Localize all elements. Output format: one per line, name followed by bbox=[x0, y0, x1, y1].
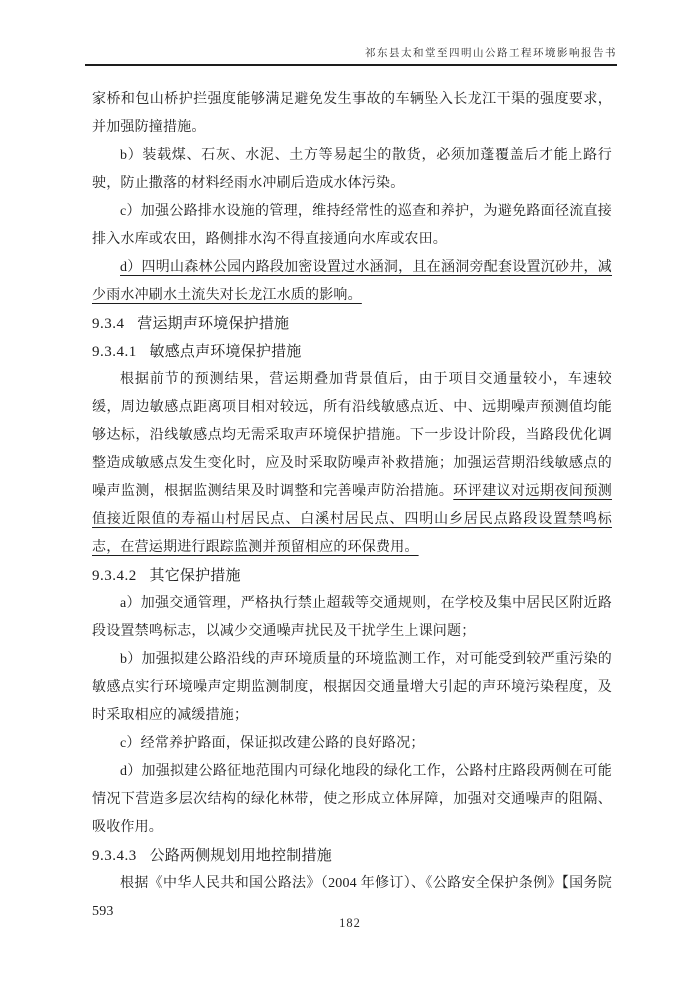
running-head-title: 祁东县太和堂至四明山公路工程环境影响报告书 bbox=[85, 0, 617, 60]
paragraph: d）四明山森林公园内路段加密设置过水涵洞，且在涵洞旁配套设置沉砂井，减少雨水冲刷… bbox=[92, 254, 612, 310]
text-segment: 根据《中华人民共和国公路法》（2004 年修订）、《公路安全保护条例》【国务院 … bbox=[92, 876, 612, 919]
paragraph: b）加强拟建公路沿线的声环境质量的环境监测工作，对可能受到较严重污染的敏感点实行… bbox=[92, 646, 612, 730]
page-footer: 182 bbox=[0, 914, 700, 932]
section-heading: 9.3.4营运期声环境保护措施 bbox=[92, 310, 612, 338]
section-number: 9.3.4 bbox=[92, 316, 125, 332]
text-segment: a）加强交通管理，严格执行禁止超载等交通规则，在学校及集中居民区附近路段设置禁鸣… bbox=[92, 596, 612, 639]
paragraph: a）加强交通管理，严格执行禁止超载等交通规则，在学校及集中居民区附近路段设置禁鸣… bbox=[92, 590, 612, 646]
section-title: 营运期声环境保护措施 bbox=[137, 316, 289, 332]
section-title: 敏感点声环境保护措施 bbox=[150, 344, 302, 360]
section-heading: 9.3.4.1敏感点声环境保护措施 bbox=[92, 338, 612, 366]
text-segment: c）加强公路排水设施的管理，维持经常性的巡查和养护，为避免路面径流直接排入水库或… bbox=[92, 204, 612, 247]
header-rule bbox=[85, 64, 617, 66]
section-title: 公路两侧规划用地控制措施 bbox=[150, 848, 332, 864]
paragraph: c）经常养护路面，保证拟改建公路的良好路况； bbox=[92, 730, 612, 758]
text-segment: c）经常养护路面，保证拟改建公路的良好路况； bbox=[120, 736, 425, 751]
paragraph: b）装载煤、石灰、水泥、土方等易起尘的散货，必须加蓬覆盖后才能上路行驶，防止撒落… bbox=[92, 142, 612, 198]
section-heading: 9.3.4.3公路两侧规划用地控制措施 bbox=[92, 842, 612, 870]
section-heading: 9.3.4.2其它保护措施 bbox=[92, 562, 612, 590]
paragraph: d）加强拟建公路征地范围内可绿化地段的绿化工作，公路村庄路段两侧在可能情况下营造… bbox=[92, 758, 612, 842]
paragraph: c）加强公路排水设施的管理，维持经常性的巡查和养护，为避免路面径流直接排入水库或… bbox=[92, 198, 612, 254]
text-segment: 根据前节的预测结果，营运期叠加背景值后，由于项目交通量较小，车速较缓，周边敏感点… bbox=[92, 372, 612, 499]
paragraph: 家桥和包山桥护拦强度能够满足避免发生事故的车辆坠入长龙江干渠的强度要求，并加强防… bbox=[92, 86, 612, 142]
section-number: 9.3.4.1 bbox=[92, 344, 137, 360]
page-number: 182 bbox=[339, 916, 361, 930]
document-body: 家桥和包山桥护拦强度能够满足避免发生事故的车辆坠入长龙江干渠的强度要求，并加强防… bbox=[92, 86, 612, 926]
page-header: 祁东县太和堂至四明山公路工程环境影响报告书 bbox=[85, 0, 617, 66]
underlined-text: d）四明山森林公园内路段加密设置过水涵洞，且在涵洞旁配套设置沉砂井，减少雨水冲刷… bbox=[92, 260, 612, 303]
text-segment: b）装载煤、石灰、水泥、土方等易起尘的散货，必须加蓬覆盖后才能上路行驶，防止撒落… bbox=[92, 148, 612, 191]
text-segment: 家桥和包山桥护拦强度能够满足避免发生事故的车辆坠入长龙江干渠的强度要求，并加强防… bbox=[92, 92, 612, 135]
section-number: 9.3.4.2 bbox=[92, 568, 137, 584]
section-title: 其它保护措施 bbox=[150, 568, 241, 584]
paragraph: 根据前节的预测结果，营运期叠加背景值后，由于项目交通量较小，车速较缓，周边敏感点… bbox=[92, 366, 612, 562]
text-segment: d）加强拟建公路征地范围内可绿化地段的绿化工作，公路村庄路段两侧在可能情况下营造… bbox=[92, 764, 612, 835]
text-segment: b）加强拟建公路沿线的声环境质量的环境监测工作，对可能受到较严重污染的敏感点实行… bbox=[92, 652, 612, 723]
document-page: 祁东县太和堂至四明山公路工程环境影响报告书 家桥和包山桥护拦强度能够满足避免发生… bbox=[0, 0, 700, 990]
section-number: 9.3.4.3 bbox=[92, 848, 137, 864]
